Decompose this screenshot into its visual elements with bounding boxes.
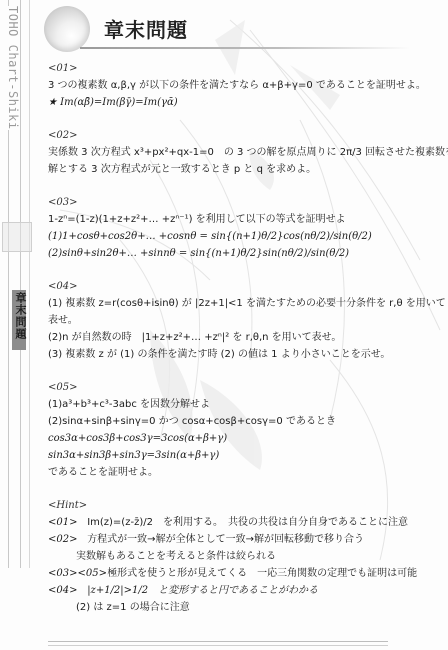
problem-text: 実係数 3 次方程式 x³+px²+qx-1=0 の 3 つの解を原点周りに 2… bbox=[48, 144, 443, 161]
problem-text: 1-zⁿ=(1-z)(1+z+z²+… +zⁿ⁻¹) を利用して以下の等式を証明… bbox=[48, 211, 443, 228]
problem-01: <01> 3 つの複素数 α,β,γ が以下の条件を満たすなら α+β+γ=0 … bbox=[48, 60, 443, 111]
problem-number: <01> bbox=[48, 60, 443, 77]
problem-text: 3 つの複素数 α,β,γ が以下の条件を満たすなら α+β+γ=0 であること… bbox=[48, 77, 443, 94]
problem-text: 解とする 3 次方程式が元と一致するとき p と q を求めよ。 bbox=[48, 161, 443, 178]
problem-text: (1) 複素数 z=r(cosθ+isinθ) が |2z+1|<1 を満たすた… bbox=[48, 295, 443, 312]
hint-text: 実数解もあることを考えると条件は絞られる bbox=[76, 551, 276, 562]
problem-condition: ★ Im(αβ̄)=Im(βγ̄)=Im(γᾱ) bbox=[48, 94, 443, 111]
problem-number: <04> bbox=[48, 278, 443, 295]
side-strip: TOHO Chart-Shiki 章末問題 bbox=[0, 0, 34, 650]
hint-item: <02> 方程式が一致→解が全体として一致→解が回転移動で移り合う bbox=[48, 531, 443, 548]
problem-text: 表せ。 bbox=[48, 312, 443, 329]
problem-formula: sin3α+sin3β+sin3γ=3sin(α+β+γ) bbox=[48, 447, 443, 464]
problem-number: <02> bbox=[48, 127, 443, 144]
hint-key: <04> bbox=[48, 582, 84, 599]
hint-item: <01> Im(z)=(z-z̄)/2 を利用する。 共役の共役は自分自身である… bbox=[48, 514, 443, 531]
hint-item: <04> |z+1/2|>1/2 と変形すると円であることがわかる bbox=[48, 582, 443, 599]
hint-heading: <Hint> bbox=[48, 497, 443, 514]
hint-text: |z+1/2|>1/2 と変形すると円であることがわかる bbox=[87, 585, 318, 596]
problem-text: (1)a³+b³+c³-3abc を因数分解せよ bbox=[48, 396, 443, 413]
hint-key: <01> bbox=[48, 514, 84, 531]
hint-text: 極形式を使うと形が見えてくる 一応三角関数の定理でも証明は可能 bbox=[107, 568, 417, 579]
footer-rule bbox=[48, 645, 388, 646]
problem-text: (2)sinα+sinβ+sinγ=0 かつ cosα+cosβ+cosγ=0 … bbox=[48, 413, 443, 430]
problem-formula: (2)sinθ+sin2θ+… +sinnθ = sin{(n+1)θ/2}si… bbox=[48, 245, 443, 262]
hint-key: <03><05> bbox=[48, 565, 104, 582]
problem-03: <03> 1-zⁿ=(1-z)(1+z+z²+… +zⁿ⁻¹) を利用して以下の… bbox=[48, 194, 443, 262]
problem-formula: (1)1+cosθ+cos2θ+… +cosnθ = sin{(n+1)θ/2}… bbox=[48, 228, 443, 245]
problem-text: (2)n が自然数の時 |1+z+z²+… +zⁿ|² を r,θ,n を用いて… bbox=[48, 329, 443, 346]
hint-text: 方程式が一致→解が全体として一致→解が回転移動で移り合う bbox=[87, 534, 364, 545]
problem-formula: cos3α+cos3β+cos3γ=3cos(α+β+γ) bbox=[48, 430, 443, 447]
hint-section: <Hint> <01> Im(z)=(z-z̄)/2 を利用する。 共役の共役は… bbox=[48, 497, 443, 616]
problem-02: <02> 実係数 3 次方程式 x³+px²+qx-1=0 の 3 つの解を原点… bbox=[48, 127, 443, 178]
chapter-tab-label: 章末問題 bbox=[14, 292, 28, 340]
page-title: 章末問題 bbox=[104, 14, 188, 43]
problem-number: <05> bbox=[48, 379, 443, 396]
page-header: 章末問題 bbox=[40, 0, 448, 55]
problem-number: <03> bbox=[48, 194, 443, 211]
title-rule bbox=[80, 47, 410, 49]
problem-text: (3) 複素数 z が (1) の条件を満たす時 (2) の値は 1 より小さい… bbox=[48, 346, 443, 363]
margin-rule bbox=[20, 0, 21, 568]
problem-text: であることを証明せよ。 bbox=[48, 464, 443, 481]
hint-item: <03><05> 極形式を使うと形が見えてくる 一応三角関数の定理でも証明は可能 bbox=[48, 565, 443, 582]
hint-text: (2) は z=1 の場合に注意 bbox=[76, 602, 190, 613]
problem-04: <04> (1) 複素数 z=r(cosθ+isinθ) が |2z+1|<1 … bbox=[48, 278, 443, 363]
margin-box-decoration bbox=[2, 222, 32, 252]
footer-rule bbox=[48, 641, 388, 642]
hint-key: <02> bbox=[48, 531, 84, 548]
series-label: TOHO Chart-Shiki bbox=[0, 6, 20, 130]
hint-item: 実数解もあることを考えると条件は絞られる bbox=[48, 548, 443, 565]
hint-item: (2) は z=1 の場合に注意 bbox=[48, 599, 443, 616]
problem-list: <01> 3 つの複素数 α,β,γ が以下の条件を満たすなら α+β+γ=0 … bbox=[48, 60, 443, 628]
hint-text: Im(z)=(z-z̄)/2 を利用する。 共役の共役は自分自身であることに注意 bbox=[87, 517, 408, 528]
sphere-icon bbox=[44, 6, 90, 52]
problem-05: <05> (1)a³+b³+c³-3abc を因数分解せよ (2)sinα+si… bbox=[48, 379, 443, 481]
margin-rule bbox=[29, 0, 30, 568]
